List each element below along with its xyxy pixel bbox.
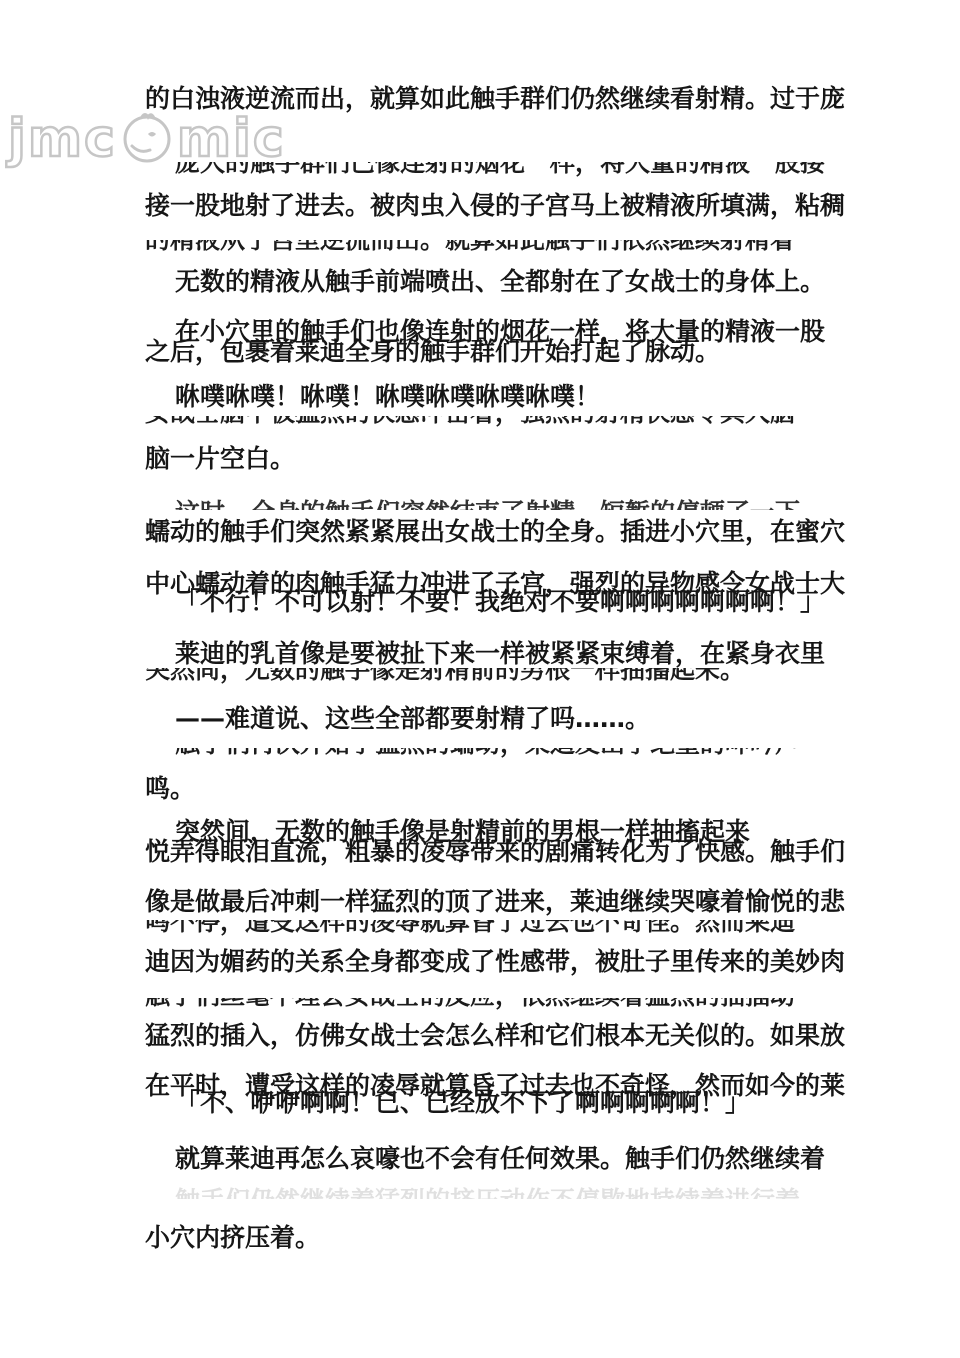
text-line: ——难道说、这些全部都要射精了吗……。 xyxy=(175,703,650,735)
clipped-text-fragment: 鸣不停，遭受这样的凌辱就算昏了过去也不奇怪。然而莱迪 xyxy=(145,920,795,936)
text-line: 鸣。 xyxy=(145,773,195,805)
clipped-text-fragment: 庞大的触手群们已像连射的烟花一样，将大量的精液一股接 xyxy=(175,162,825,177)
watermark-text-left: jmc xyxy=(8,113,117,165)
clipped-text-fragment: 触手们再次开始了猛烈的蠕动，莱迪发出了绝望的呻吟声 xyxy=(175,748,800,758)
clipped-text-fragment: 触手们丝毫不理会女战士的反应，依然继续着猛烈的抽插动 xyxy=(145,998,795,1010)
text-line: 的白浊液逆流而出，就算如此触手群们仍然继续看射精。过于庞 xyxy=(145,83,845,115)
jmcomic-watermark: jmc mic xyxy=(8,108,286,170)
text-line: 脑一片空白。 xyxy=(145,443,295,475)
novel-text-page: jmc mic 的白浊液逆流而出，就算如此触手群们仍然继续看射精。过于庞庞大的触… xyxy=(0,0,960,1358)
clipped-text-fragment: 突然间，无数的触手像是射精前的男根一样抽搐起来。 xyxy=(145,668,745,684)
watermark-text-right: mic xyxy=(177,113,286,165)
text-line: 接一股地射了进去。被肉虫入侵的子宫马上被精液所填满，粘稠 xyxy=(145,190,845,222)
text-line: 蠕动的触手们突然紧紧展出女战士的全身。插进小穴里，在蜜穴 xyxy=(145,516,845,548)
bird-logo-icon xyxy=(118,108,176,170)
text-line: 猛烈的插入，仿佛女战士会怎么样和它们根本无关似的。如果放 xyxy=(145,1020,845,1052)
text-line: 就算莱迪再怎么哀嚎也不会有任何效果。触手们仍然继续着 xyxy=(175,1143,825,1175)
clipped-text-fragment: 这时，全身的触手们突然结束了射精，短暂的停顿了一下。 xyxy=(175,497,825,510)
clipped-text-fragment: 触手们仍然继续着猛烈的挤压动作不停歇地持续着进行着 xyxy=(175,1185,800,1199)
clipped-text-fragment: 的精液从子宫里逆流而出。就算如此触手们依然继续射精着 xyxy=(145,240,795,254)
text-line: 「不行！不可以射！不要！我绝对不要啊啊啊啊啊啊啊！」 xyxy=(175,586,825,618)
text-line: 无数的精液从触手前端喷出、全都射在了女战士的身体上。 xyxy=(175,266,825,298)
text-line: 小穴内挤压着。 xyxy=(145,1222,320,1254)
text-line: 像是做最后冲刺一样猛烈的顶了进来，莱迪继续哭嚎着愉悦的悲 xyxy=(145,886,845,918)
text-line: 咻噗咻噗！咻噗！咻噗咻噗咻噗咻噗！ xyxy=(175,381,600,413)
text-line: 迪因为媚药的关系全身都变成了性感带，被肚子里传来的美妙肉 xyxy=(145,946,845,978)
text-line: 莱迪的乳首像是要被扯下来一样被紧紧束缚着，在紧身衣里 xyxy=(175,638,825,670)
text-line: 悦弄得眼泪直流，粗暴的凌辱带来的剧痛转化为了快感。触手们 xyxy=(145,836,845,868)
clipped-text-fragment: 女战士脑中被猛烈的快感冲击着，强烈的射精快感令其大脑 xyxy=(145,416,795,427)
text-line: 「不、咿咿啊啊！已、已经放不下了啊啊啊啊啊！」 xyxy=(175,1087,750,1119)
text-line: 之后，包裹着莱迪全身的触手群们开始打起了脉动。 xyxy=(145,336,720,368)
